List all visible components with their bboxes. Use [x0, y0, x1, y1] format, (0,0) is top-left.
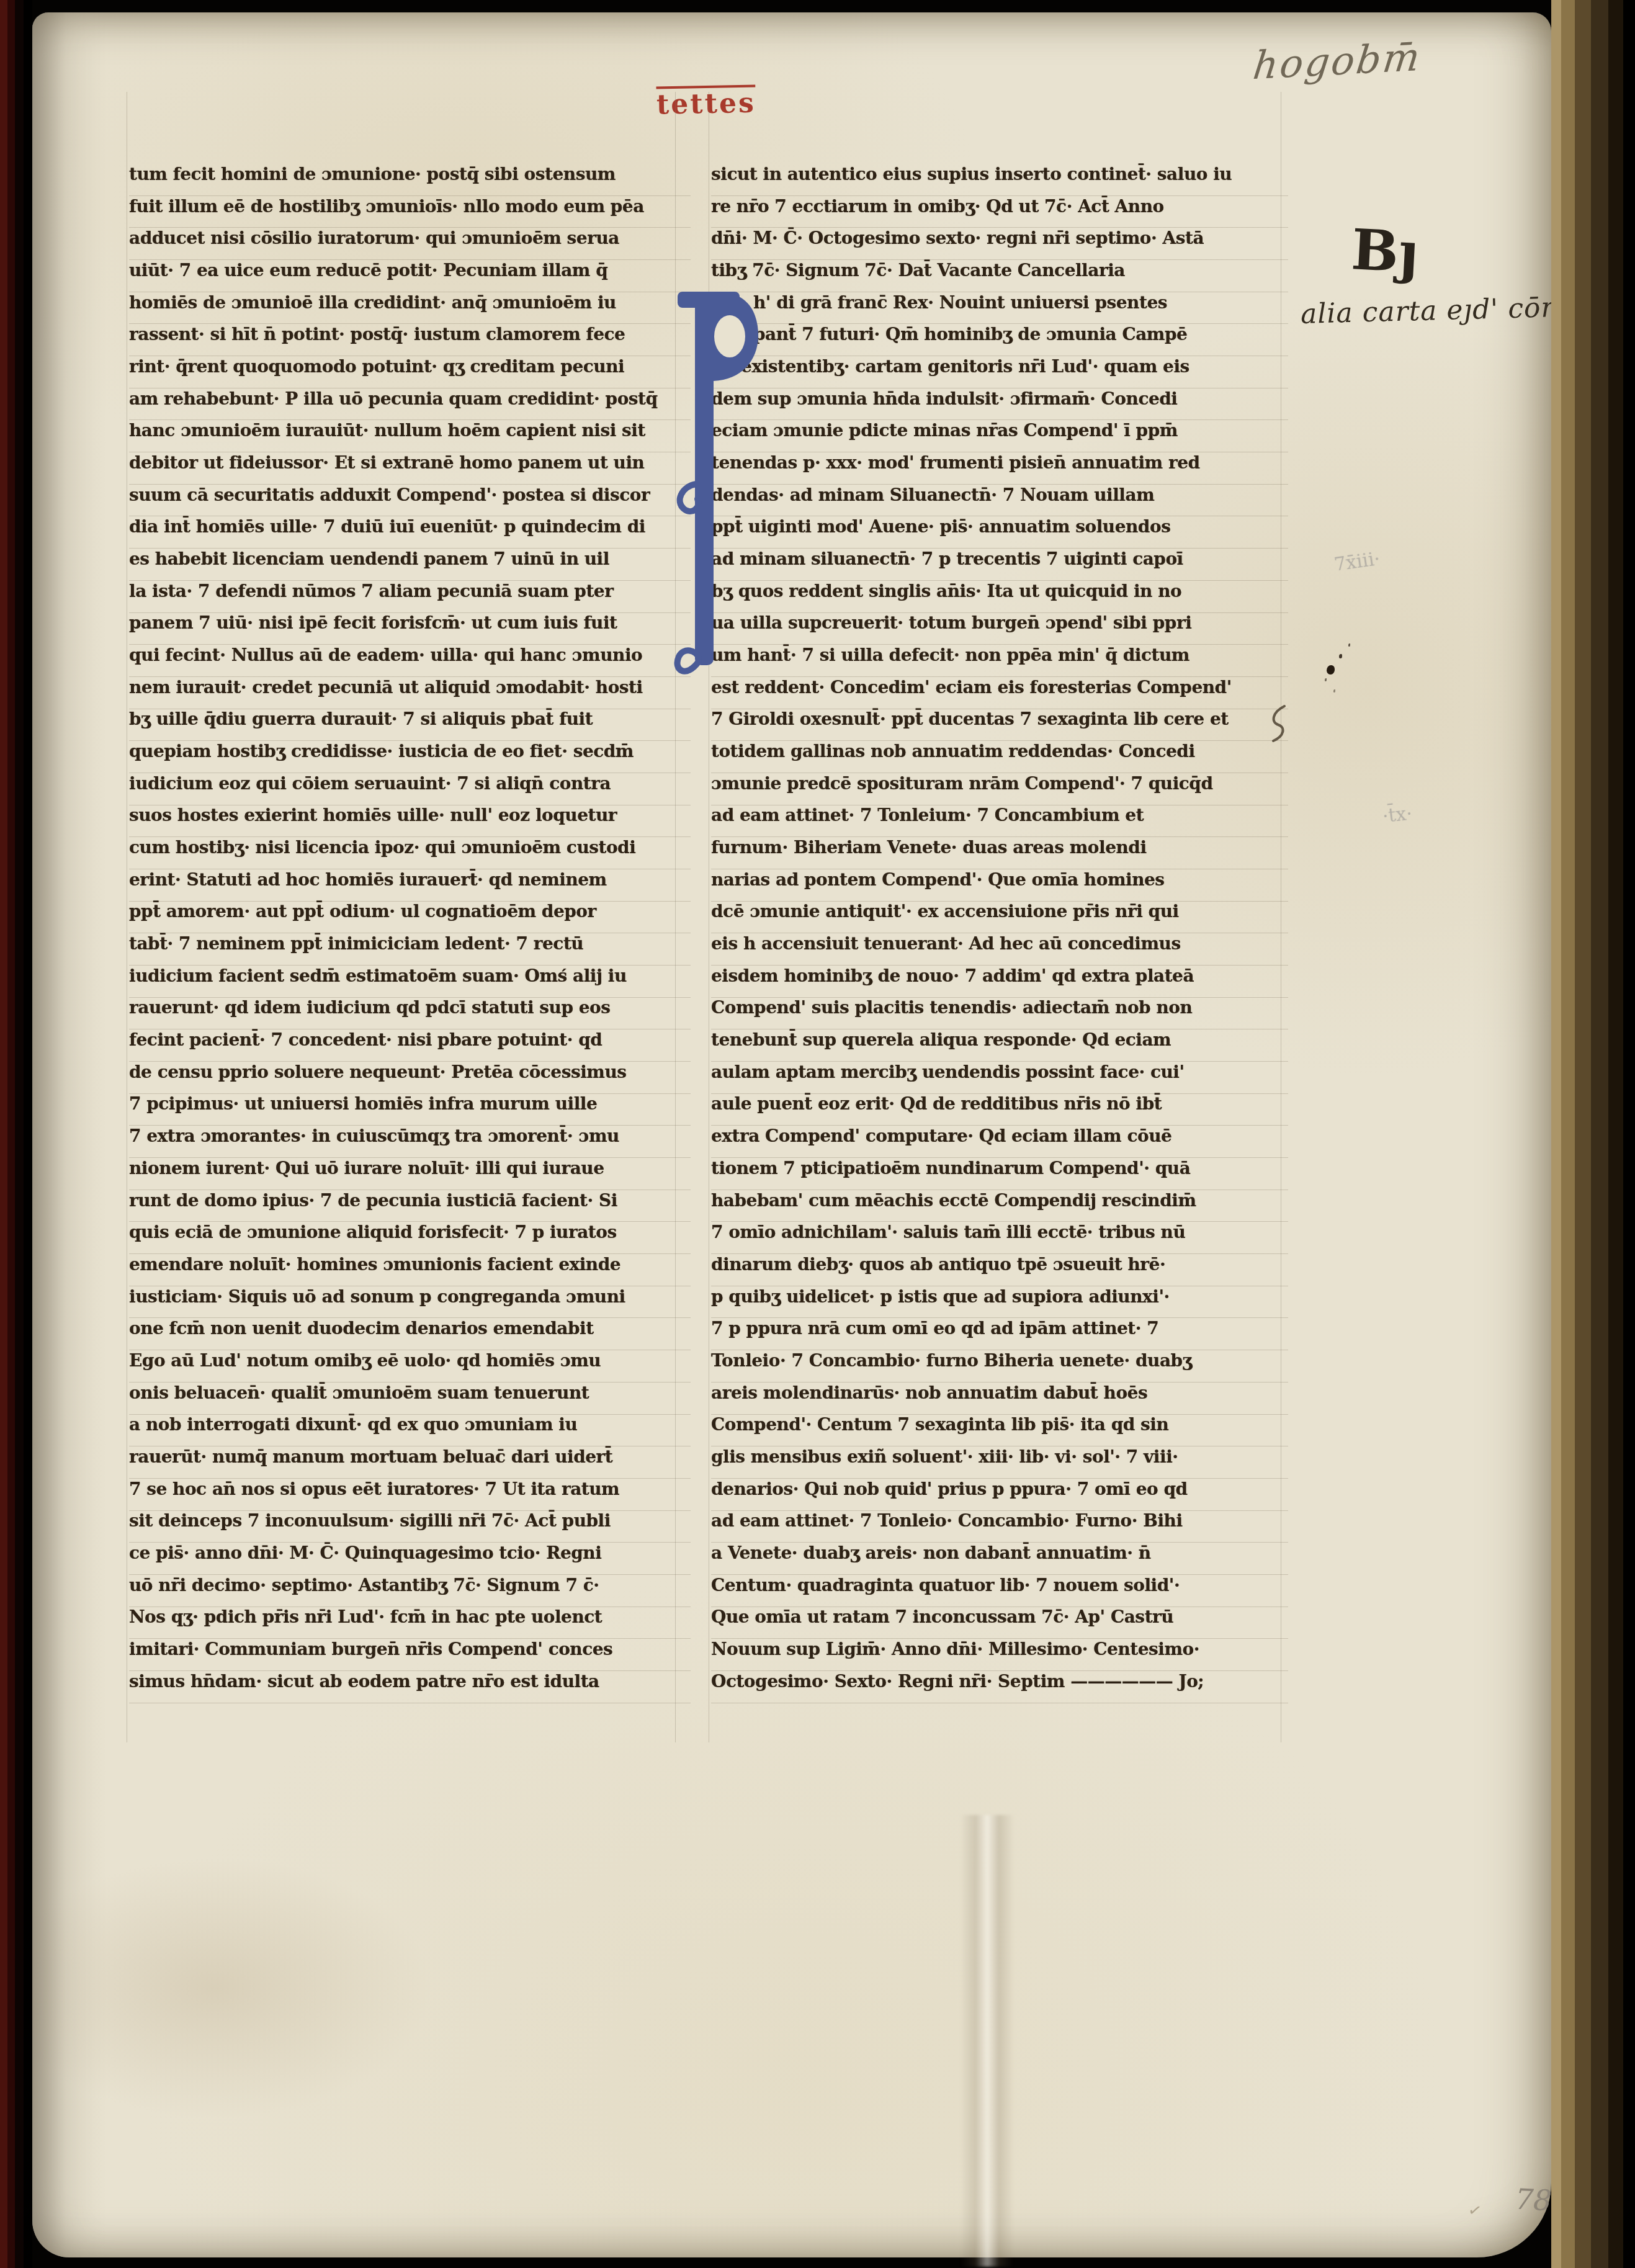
text-line: Tonleio· 7 Concambio· furno Biheria uene…: [711, 1350, 1288, 1383]
text-line: bʒ uille q̄diu guerra durauit· 7 si aliq…: [129, 709, 691, 741]
text-line: Nouum sup Ligim̄· Anno dn̄i· Millesimo· …: [711, 1639, 1288, 1671]
folio-number: 78: [1515, 2182, 1552, 2218]
text-line: ɔmunie predcē sposituram nrām Compend'· …: [711, 773, 1288, 805]
text-line: h' di grā franc̄ Rex· Nouint uniuersi ps…: [711, 292, 1288, 325]
text-line: eis h accensiuit tenuerant· Ad hec aū co…: [711, 933, 1288, 966]
text-line: Ego aū Lud' notum omibʒ eē uolo· qd homi…: [129, 1350, 691, 1383]
text-line: qui fecint· Nullus aū de eadem· uilla· q…: [129, 645, 691, 677]
text-line: est reddent· Concedim' eciam eis foreste…: [711, 677, 1288, 709]
text-line: emendare noluīt· homines ɔmunionis facie…: [129, 1254, 691, 1286]
text-column-left: tum fecit homini de ɔmunione· postq̄ sib…: [129, 164, 691, 1706]
text-line: dcē ɔmunie antiquit'· ex accensiuione pr…: [711, 901, 1288, 933]
text-line: Nos qʒ· pdich pr̄is nr̄i Lud'· fcm̄ in h…: [129, 1607, 691, 1639]
text-line: Centum· quadraginta quatuor lib· 7 nouem…: [711, 1575, 1288, 1607]
text-line: tenendas p· xxx· mod' frumenti pisien̄ a…: [711, 452, 1288, 485]
text-line: bʒ quos reddent singlis an̄is· Ita ut qu…: [711, 581, 1288, 613]
text-line: ppt̄ uiginti mod' Auene· pis̄· annuatim …: [711, 516, 1288, 549]
text-line: eisdem hominibʒ de nouo· 7 addim' qd ext…: [711, 966, 1288, 998]
column-rule: [127, 92, 127, 1742]
text-line: ua uilla supcreuerit· totum burgen̄ ɔpen…: [711, 612, 1288, 645]
page-torn-edge: [32, 12, 107, 2257]
text-line: de censu pprio soluere nequeunt· Pretēa …: [129, 1062, 691, 1094]
text-line: dij existentibʒ· cartam genitoris nr̄i L…: [711, 356, 1288, 388]
text-line: fecint pacient̄· 7 concedent· nisi pbare…: [129, 1029, 691, 1062]
illuminated-initial-p: P: [674, 285, 759, 724]
text-line: dinarum diebʒ· quos ab antiquo tpē ɔsueu…: [711, 1254, 1288, 1286]
text-line: 7 omīo adnichilam'· saluis tam̄ illi ecc…: [711, 1222, 1288, 1254]
text-line: dem sup ɔmunia hn̄da indulsit· ɔfirmam̄·…: [711, 388, 1288, 421]
text-line: tionem 7 pticipatioēm nundinarum Compend…: [711, 1158, 1288, 1190]
text-line: onis beluacen̄· qualit̄ ɔmunioēm suam te…: [129, 1383, 691, 1415]
running-title-rubric: tettes: [656, 87, 756, 121]
text-line: dn̄i· M· C̄· Octogesimo sexto· regni nr̄…: [711, 228, 1288, 260]
text-line: dia int̄ homiēs uille· 7 duiū iuī eueniū…: [129, 516, 691, 549]
text-line: rassent· si hīt n̄ potint· postq̄· iustu…: [129, 324, 691, 356]
text-line: extra Compend' computare· Qd eciam illam…: [711, 1126, 1288, 1158]
text-column-right: sicut in autentico eius supius inserto c…: [711, 164, 1288, 1706]
text-line: iusticiam· Siquis uō ad sonum p congrega…: [129, 1286, 691, 1319]
text-line: fuit illum eē de hostilibʒ ɔmunioīs· nll…: [129, 196, 691, 228]
text-line: runt de domo ipius· 7 de pecunia iustici…: [129, 1190, 691, 1222]
top-right-inscription: hogobm̄: [1251, 34, 1424, 89]
text-line: 7 p ppura nrā cum omī eo qd ad ipām atti…: [711, 1318, 1288, 1350]
text-line: uiūt· 7 ea uice eum reducē potit· Pecuni…: [129, 260, 691, 292]
text-line: simus hn̄dam· sicut ab eodem patre nr̄o …: [129, 1671, 691, 1703]
text-line: rauerunt· qd idem iudicium qd pdcī statu…: [129, 997, 691, 1029]
text-line: suum cā securitatis adduxit Compend'· po…: [129, 485, 691, 517]
text-line: la ista· 7 defendi nūmos 7 aliam pecuniā…: [129, 581, 691, 613]
text-line: habebam' cum mēachis ecctē Compendij res…: [711, 1190, 1288, 1222]
text-line: rauerūt· numq̄ manum mortuam beluac̄ dar…: [129, 1446, 691, 1479]
text-line: one fcm̄ non uenit duodecim denarios eme…: [129, 1318, 691, 1350]
text-line: totidem gallinas nob annuatim reddendas·…: [711, 741, 1288, 773]
text-line: debitor ut fideiussor· Et si extranē hom…: [129, 452, 691, 485]
text-line: p quibʒ uidelicet· p istis que ad supior…: [711, 1286, 1288, 1319]
text-line: nem iurauit· credet pecuniā ut aliquid ɔ…: [129, 677, 691, 709]
margin-letter-mark: Bȷ: [1350, 217, 1420, 286]
text-line: sicut in autentico eius supius inserto c…: [711, 164, 1288, 196]
text-line: Octogesimo· Sexto· Regni nr̄i· Septim ——…: [711, 1671, 1288, 1703]
text-line: dendas· ad minam Siluanectn̄· 7 Nouam ui…: [711, 485, 1288, 517]
text-line: imitari· Communiam burgen̄ nr̄is Compend…: [129, 1639, 691, 1671]
text-line: iudicium facient sedm̄ estimatoēm suam· …: [129, 966, 691, 998]
text-line: a nob interrogati dixunt̄· qd ex quo ɔmu…: [129, 1414, 691, 1446]
text-line: aule puent̄ eoz erit· Qd de redditibus n…: [711, 1093, 1288, 1126]
text-line: um hant̄· 7 si uilla defecit· non ppēa m…: [711, 645, 1288, 677]
text-line: aulam aptam mercibʒ uendendis possint fa…: [711, 1062, 1288, 1094]
text-line: sit deinceps 7 inconuulsum· sigilli nr̄i…: [129, 1510, 691, 1543]
text-line: eciam ɔmunie pdicte minas nr̄as Compend'…: [711, 420, 1288, 452]
text-line: cum hostibʒ· nisi licencia ipoz· qui ɔmu…: [129, 837, 691, 869]
text-line: a Venete· duabʒ areis· non dabant̄ annua…: [711, 1543, 1288, 1575]
text-line: es habebit licenciam uendendi panem 7 ui…: [129, 549, 691, 581]
text-line: furnum· Biheriam Venete· duas areas mole…: [711, 837, 1288, 869]
text-line: Compend'· Centum 7 sexaginta lib pis̄· i…: [711, 1414, 1288, 1446]
text-line: iudicium eoz qui cōiem seruauint· 7 si a…: [129, 773, 691, 805]
text-line: glis mensibus exiñ soluent'· xiii· lib· …: [711, 1446, 1288, 1479]
text-line: nionem iurent· Qui uō iurare noluīt· ill…: [129, 1158, 691, 1190]
text-line: re nr̄o 7 ecctiarum in omibʒ· Qd ut 7c̄·…: [711, 196, 1288, 228]
text-line: 7 pcipimus· ut uniuersi homiēs infra mur…: [129, 1093, 691, 1126]
margin-flourish: [1266, 704, 1292, 743]
text-line: quis eciā de ɔmunione aliquid forisfecit…: [129, 1222, 691, 1254]
text-line: 7 Giroldi oxesnult̄· ppt̄ ducentas 7 sex…: [711, 709, 1288, 741]
text-line: hanc ɔmunioēm iurauiūt· nullum hoēm capi…: [129, 420, 691, 452]
text-line: narias ad pontem Compend'· Que omīa homi…: [711, 869, 1288, 902]
text-line: 7 se hoc an̄ nos si opus eēt iuratores· …: [129, 1479, 691, 1511]
text-line: rint· q̄rent quoquomodo potuint· qʒ cred…: [129, 356, 691, 388]
text-line: denarios· Qui nob quid' prius p ppura· 7…: [711, 1479, 1288, 1511]
text-line: ppt̄ amorem· aut ppt̄ odium· ul cognatio…: [129, 901, 691, 933]
manuscript-photo: tettes hogobm̄ Bȷ alia carta eȷd' cōmuni…: [0, 0, 1635, 2268]
text-line: tibʒ 7c̄· Signum 7c̄· Dat̄ Vacante Cance…: [711, 260, 1288, 292]
text-line: Que omīa ut ratam 7 inconcussam 7c̄· Ap'…: [711, 1607, 1288, 1639]
ink-blot: [1327, 665, 1335, 675]
text-line: tenebunt̄ sup querela aliqua responde· Q…: [711, 1029, 1288, 1062]
text-line: Compend' suis placitis tenendis· adiecta…: [711, 997, 1288, 1029]
parchment-crease: [961, 1815, 1014, 2267]
text-line: tabt̄· 7 neminem ppt̄ inimiciciam ledent…: [129, 933, 691, 966]
page-stack-edges: [1551, 0, 1635, 2268]
text-line: ce pis̄· anno dn̄i· M· C̄· Quinquagesimo…: [129, 1543, 691, 1575]
text-line: ad minam siluanectn̄· 7 p trecentis 7 ui…: [711, 549, 1288, 581]
text-line: panem 7 uiū· nisi ipē fecit forisfcm̄· u…: [129, 612, 691, 645]
initial-p-glyph: [674, 285, 759, 724]
text-line: adducet nisi cōsilio iuratorum· qui ɔmun…: [129, 228, 691, 260]
text-line: homiēs de ɔmunioē illa credidint· anq̄ ɔ…: [129, 292, 691, 325]
text-line: ad eam attinet· 7 Tonleium· 7 Concambium…: [711, 805, 1288, 837]
text-line: uō nr̄i decimo· septimo· Astantibʒ 7c̄· …: [129, 1575, 691, 1607]
text-line: pant̄ 7 futuri· Qm̄ hominibʒ de ɔmunia C…: [711, 324, 1288, 356]
text-line: erint· Statuti ad hoc homiēs iurauert̄· …: [129, 869, 691, 902]
text-line: areis molendinarūs· nob annuatim dabut̄ …: [711, 1383, 1288, 1415]
text-line: tum fecit homini de ɔmunione· postq̄ sib…: [129, 164, 691, 196]
text-line: suos hostes exierint homiēs uille· null'…: [129, 805, 691, 837]
text-line: am rehabebunt· P illa uō pecunia quam cr…: [129, 388, 691, 421]
text-line: quepiam hostibʒ credidisse· iusticia de …: [129, 741, 691, 773]
book-spine: [0, 0, 32, 2268]
faint-pencil-note-lower: ·t̄x·: [1381, 803, 1413, 828]
text-line: ad eam attinet· 7 Tonleio· Concambio· Fu…: [711, 1510, 1288, 1543]
text-line: 7 extra ɔmorantes· in cuiuscūmqʒ tra ɔmo…: [129, 1126, 691, 1158]
